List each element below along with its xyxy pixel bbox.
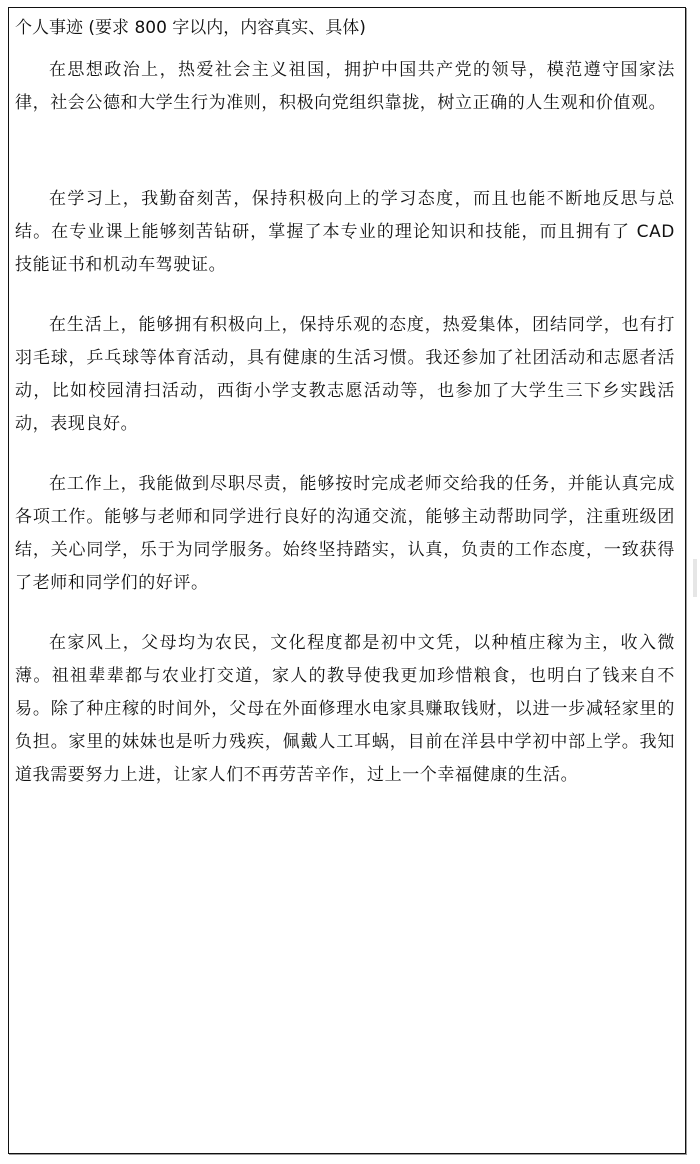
paragraph-family: 在家风上，父母均为农民，文化程度都是初中文凭，以种植庄稼为主，收入微薄。祖祖辈辈… (15, 627, 675, 792)
form-heading: 个人事迹 (要求 800 字以内，内容真实、具体) (15, 16, 366, 40)
paragraph-study: 在学习上，我勤奋刻苦，保持积极向上的学习态度，而且也能不断地反思与总结。在专业课… (15, 183, 675, 282)
paragraph-work: 在工作上，我能做到尽职尽责，能够按时完成老师交给我的任务，并能认真完成各项工作。… (15, 468, 675, 600)
side-scroll-mark (693, 559, 697, 597)
personal-statement-form-box: 个人事迹 (要求 800 字以内，内容真实、具体) 在思想政治上，热爱社会主义祖… (8, 7, 686, 1154)
paragraph-life: 在生活上，能够拥有积极向上，保持乐观的态度，热爱集体，团结同学，也有打羽毛球，乒… (15, 309, 675, 441)
paragraph-political: 在思想政治上，热爱社会主义祖国，拥护中国共产党的领导，模范遵守国家法律，社会公德… (15, 54, 675, 120)
